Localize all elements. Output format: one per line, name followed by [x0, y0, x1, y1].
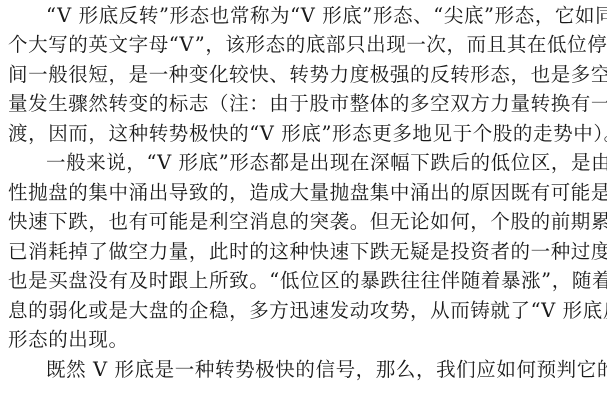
text-line: 快速下跌，也有可能是利空消息的突袭。但无论如何，个股的前期累计跌幅 [8, 211, 603, 233]
text-line: 形态的出现。 [8, 329, 603, 351]
book-page: “V 形底反转”形态也常称为“V 形底”形态、“尖底”形态，它如同一 个大写的英… [0, 0, 607, 404]
text-line: 既然 V 形底是一种转势极快的信号，那么，我们应如何预判它的出现 [46, 359, 603, 381]
text-line: 量发生骤然转变的标志（注：由于股市整体的多空双方力量转换有一个过 [8, 93, 603, 115]
text-line: 息的弱化或是大盘的企稳，多方迅速发动攻势，从而铸就了“V 形底反转” [8, 300, 603, 322]
text-line: 性抛盘的集中涌出导致的，造成大量抛盘集中涌出的原因既有可能是大盘的 [8, 182, 603, 204]
text-line: “V 形底反转”形态也常称为“V 形底”形态、“尖底”形态，它如同一 [46, 5, 603, 27]
text-line: 一般来说，“V 形底”形态都是出现在深幅下跌后的低位区，是由于恐慌 [46, 152, 603, 174]
text-line: 间一般很短，是一种变化较快、转势力度极强的反转形态，也是多空双方力 [8, 64, 603, 86]
text-line: 已消耗掉了做空力量，此时的这种快速下跌无疑是投资者的一种过度反映， [8, 241, 603, 263]
text-line: 个大写的英文字母“V”，该形态的底部只出现一次，而且其在低位停留的时 [8, 34, 603, 56]
text-line: 渡，因而，这种转势极快的“V 形底”形态更多地见于个股的走势中）。 [8, 123, 603, 145]
text-line: 也是买盘没有及时跟上所致。“低位区的暴跌往往伴随着暴涨”，随着利空消 [8, 270, 603, 292]
